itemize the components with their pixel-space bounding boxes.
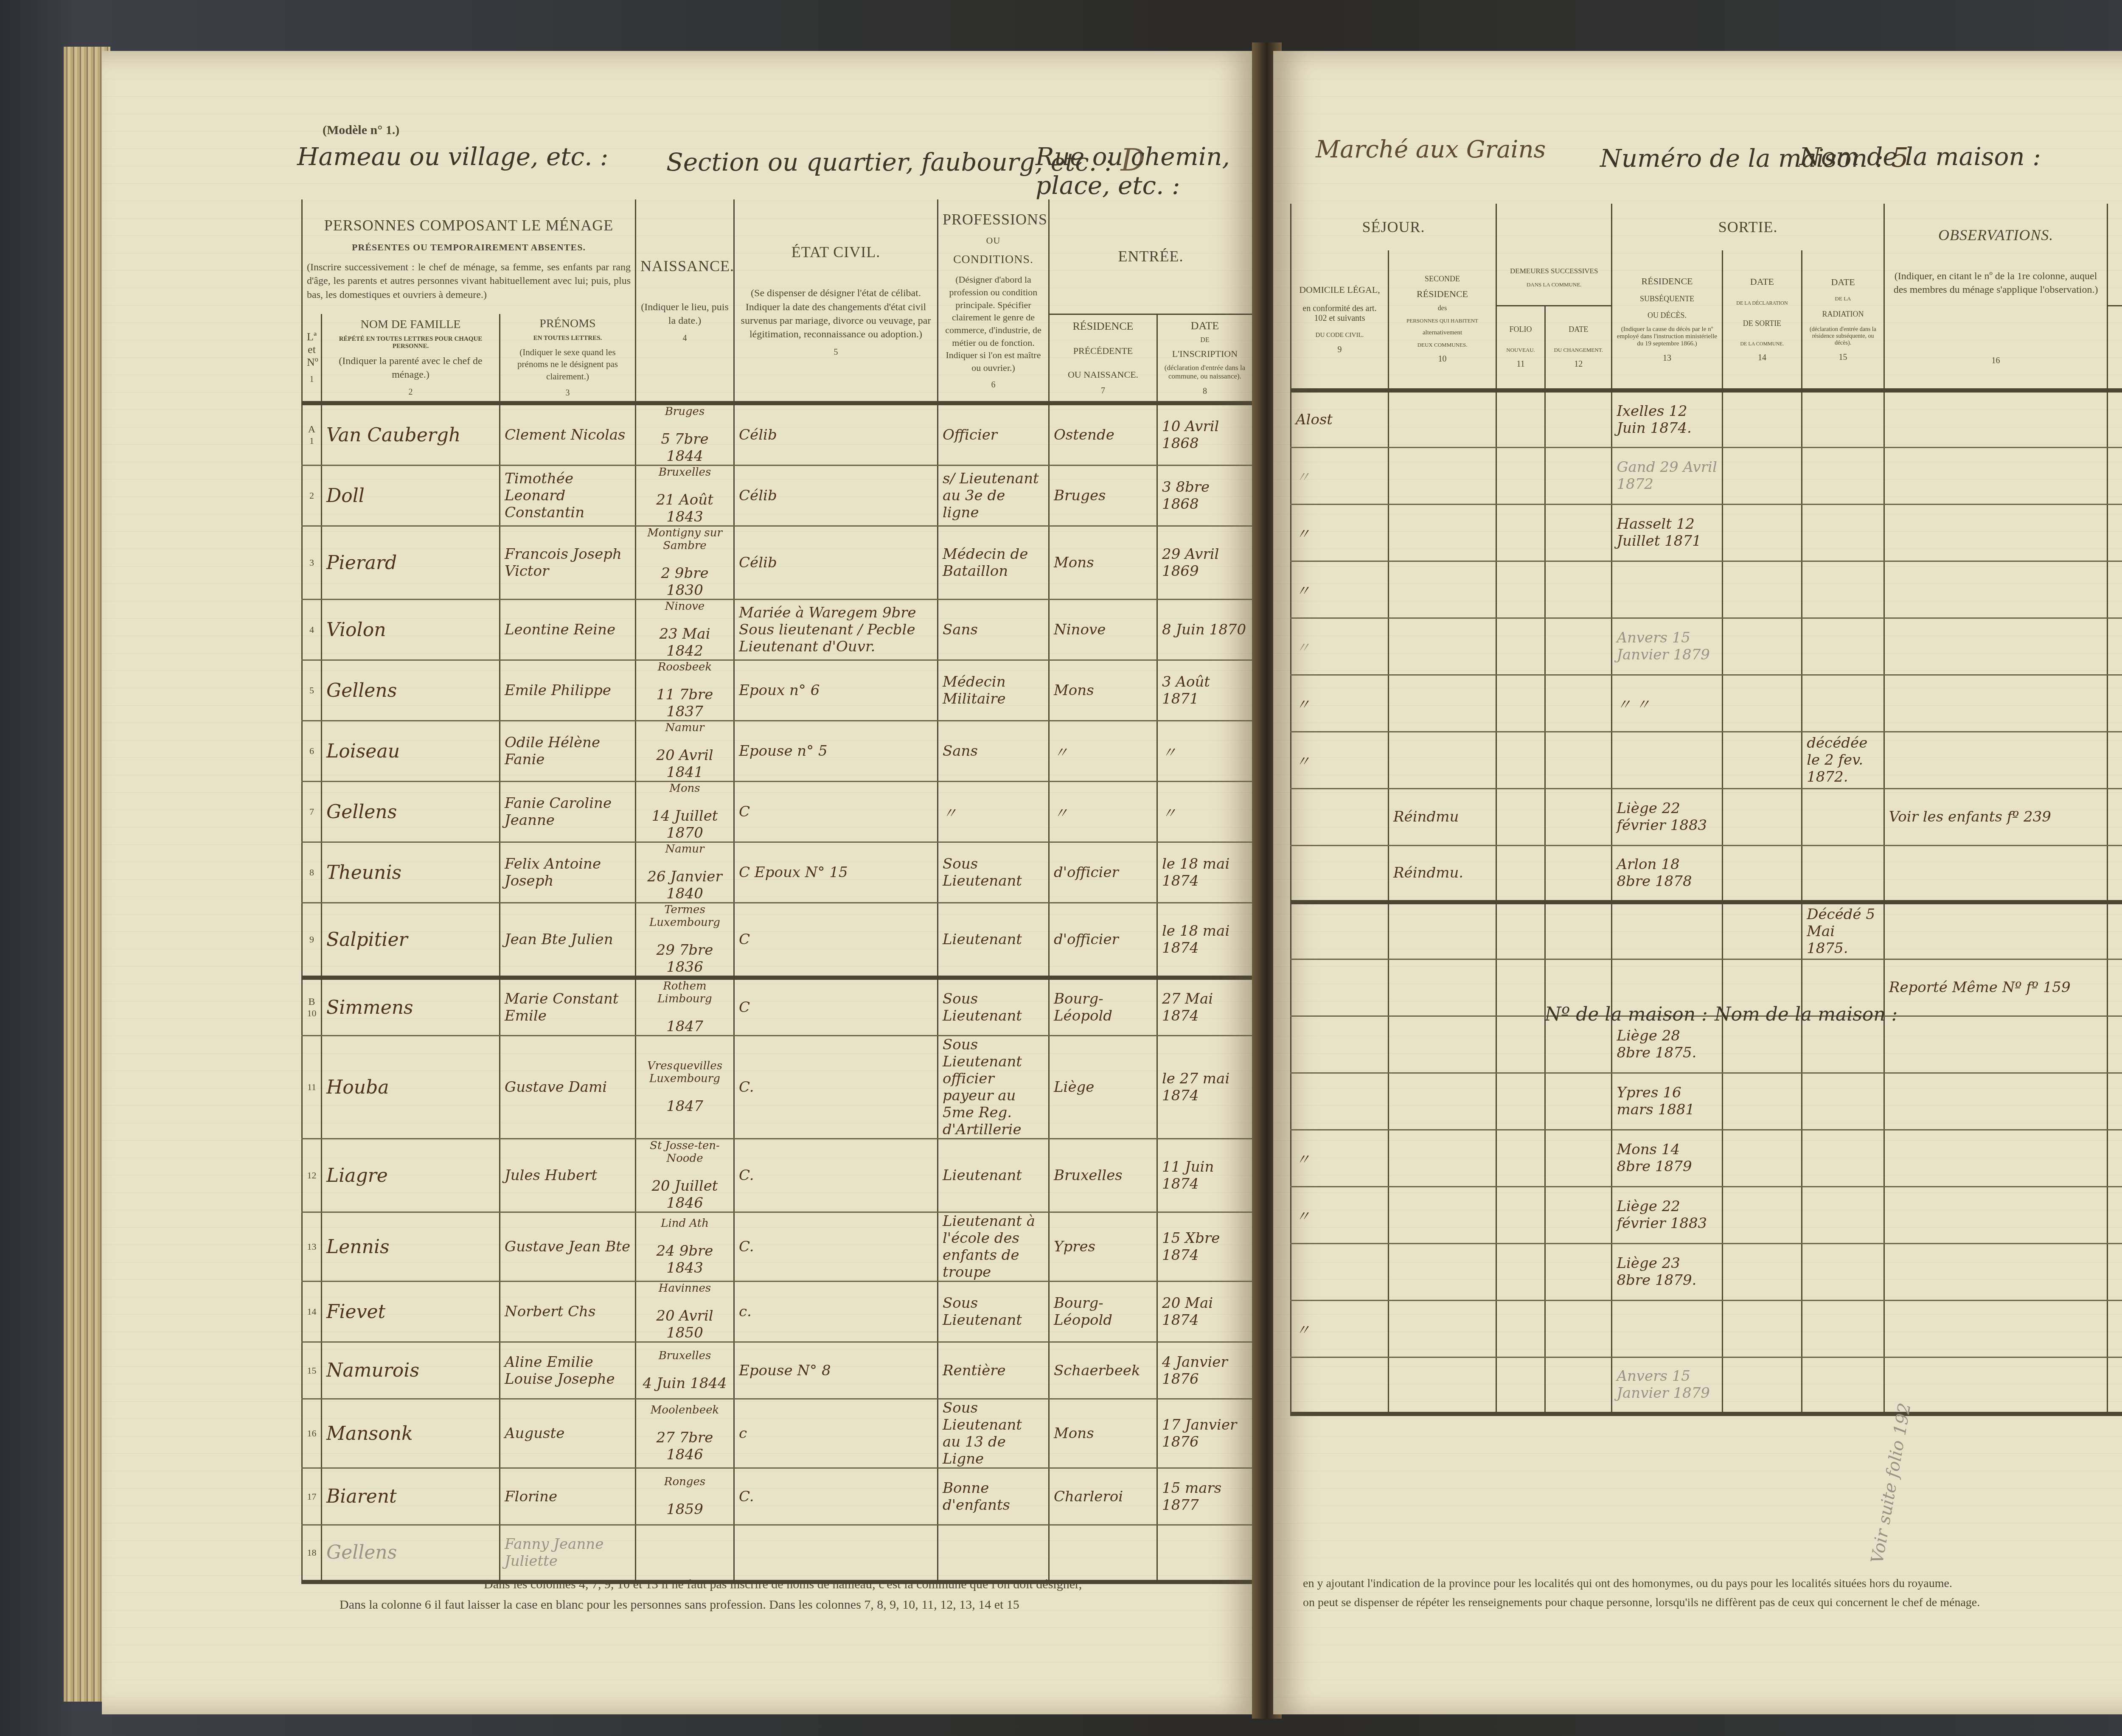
col-num-3: 3 (505, 388, 631, 398)
residence-precedente (1049, 1525, 1157, 1582)
row-number: 17 (302, 1468, 322, 1525)
nom-de-famille: Gellens (322, 660, 500, 721)
domicile-legal-value: 〃 (1296, 753, 1310, 770)
date-changement (1545, 1300, 1612, 1357)
date-rad-note: (déclaration d'entrée dans la résidence … (1807, 326, 1879, 347)
date-inscription: 15 mars 1877 (1157, 1468, 1253, 1525)
prenoms: Florine (500, 1468, 636, 1525)
naissance-lieu: St Josse-ten-Noode (640, 1139, 729, 1165)
residence-precedente-value: Bourg-Léopold (1054, 990, 1112, 1024)
footer-line-4: on peut se dispenser de répéter les rens… (1303, 1593, 2122, 1613)
folio-nouveau (1496, 1130, 1545, 1186)
naissance-date: 20 Avril 1850 (640, 1307, 729, 1341)
date-declaration (1722, 390, 1802, 447)
residence-precedente: Bruxelles (1049, 1139, 1157, 1212)
row-number: 2 (302, 466, 322, 526)
seconde-residence (1388, 390, 1496, 447)
naissance: Roosbeek11 7bre 1837 (636, 660, 734, 721)
table-row: 7GellensFanie Caroline JeanneMons14 Juil… (302, 782, 1253, 842)
naissance-date: 4 Juin 1844 (640, 1375, 729, 1392)
etat-civil: c. (734, 1282, 938, 1342)
etat-civil-value: C Epoux N° 15 (739, 864, 848, 881)
header-demeures: DEMEURES SUCCESSIVES DANS LA COMMUNE. (1496, 250, 1612, 306)
profession: Médecin Militaire (938, 660, 1049, 721)
row-number: 4 (302, 600, 322, 660)
domicile-legal: 〃 (1291, 618, 1389, 675)
naissance: Montigny sur Sambre2 9bre 1830 (636, 526, 734, 600)
etat-civil-value: C. (739, 1079, 754, 1096)
prenoms: Gustave Dami (500, 1036, 636, 1139)
mid-label-no-maison: Nº de la maison : (1545, 1004, 1708, 1025)
etat-civil: Mariée à Waregem 9bre Sous lieutenant / … (734, 600, 938, 660)
date-decl-title: DATE (1727, 276, 1797, 287)
naissance-lieu: Namur (640, 843, 729, 855)
left-footer: Dans les colonnes 4, 7, 9, 10 et 13 il n… (340, 1574, 1252, 1615)
date-inscription: 11 Juin 1874 (1157, 1139, 1253, 1212)
mid-label-nom-maison: Nom de la maison : (1715, 1004, 1897, 1025)
prenoms: Fanny Jeanne Juliette (500, 1525, 636, 1582)
header-residence-subsequente: RÉSIDENCE SUBSÉQUENTE OU DÉCÈS. (Indique… (1612, 250, 1722, 390)
register-table-left: PERSONNES COMPOSANT LE MÉNAGE PRÉSENTES … (301, 199, 1253, 1584)
table-row: 12LiagreJules HubertSt Josse-ten-Noode20… (302, 1139, 1253, 1212)
row-number: B10 (302, 978, 322, 1036)
etat-civil: Célib (734, 526, 938, 600)
table-row: AlostIxelles 12 Juin 1874. (1291, 390, 2122, 447)
etat-civil: C Epoux N° 15 (734, 842, 938, 903)
nom-de-famille-value: Salpitier (326, 929, 408, 951)
seconde-residence: Réindmu. (1388, 845, 1496, 902)
etat-civil (734, 1525, 938, 1582)
domicile-legal-value: 〃 (1296, 696, 1310, 713)
observations (1884, 390, 2107, 447)
residence-subsequente: Gand 29 Avril 1872 (1612, 447, 1722, 504)
date-inscription-value: 29 Avril 1869 (1162, 546, 1219, 580)
date-changement (1545, 1357, 1612, 1414)
table-row: 11HoubaGustave DamiVresquevilles Luxembo… (302, 1036, 1253, 1139)
folio-ancien (2108, 732, 2122, 788)
table-row: 〃 (1291, 1300, 2122, 1357)
residence-subsequente: 〃 〃 (1612, 675, 1722, 732)
folio-ancien (2108, 1243, 2122, 1300)
profession-value: Sous Lieutenant officier payeur au 5me R… (943, 1036, 1022, 1138)
table-row: 4ViolonLeontine ReineNinove23 Mai 1842Ma… (302, 600, 1253, 660)
nom-de-famille: Fievet (322, 1282, 500, 1342)
etat-civil: C. (734, 1468, 938, 1525)
etat-civil: Célib (734, 466, 938, 526)
date-radiation (1802, 1186, 1884, 1243)
residence-precedente: Ostende (1049, 403, 1157, 466)
etat-civil-title: ÉTAT CIVIL. (739, 243, 933, 261)
naissance-lieu: Namur (640, 721, 729, 734)
table-row: 〃Gand 29 Avril 1872 (1291, 447, 2122, 504)
prenoms: Felix Antoine Joseph (500, 842, 636, 903)
date-declaration (1722, 504, 1802, 561)
folio-ancien (2108, 618, 2122, 675)
residence-precedente: Bourg-Léopold (1049, 1282, 1157, 1342)
row-number-value: 7 (309, 806, 314, 817)
row-number-value: 13 (307, 1241, 317, 1252)
folio-nouveau (1496, 561, 1545, 618)
prenoms: Fanie Caroline Jeanne (500, 782, 636, 842)
residence-subsequente-value: Liège 22 février 1883 (1617, 800, 1707, 834)
date-inscription: 10 Avril 1868 (1157, 403, 1253, 466)
etat-civil-value: C. (739, 1238, 754, 1255)
naissance: Rothem Limbourg1847 (636, 978, 734, 1036)
prenoms: Clement Nicolas (500, 403, 636, 466)
nom-de-famille-value: Violon (326, 619, 386, 641)
table-row: 6LoiseauOdile Hélène FanieNamur20 Avril … (302, 721, 1253, 782)
footer-line-3: en y ajoutant l'indication de la provinc… (1303, 1574, 2122, 1593)
table-row: Décédé 5 Mai 1875. (1291, 902, 2122, 959)
date-declaration (1722, 1130, 1802, 1186)
residence-precedente: Mons (1049, 1399, 1157, 1468)
habitants-title: HABITANTS SUCCESSIFS (2112, 234, 2122, 244)
header-prenoms: PRÉNOMS EN TOUTES LETTRES. (Indiquer le … (500, 314, 636, 403)
naissance-date: 1847 (640, 1098, 729, 1115)
res-sub-sub2: OU DÉCÈS. (1617, 311, 1717, 320)
date-inscription-value: le 18 mai 1874 (1162, 855, 1229, 889)
residence-subsequente-value: Anvers 15 Janvier 1879 (1617, 629, 1710, 663)
etat-civil: Célib (734, 403, 938, 466)
row-number: 5 (302, 660, 322, 721)
res-prec-sub1: PRÉCÉDENTE (1054, 345, 1152, 356)
naissance (636, 1525, 734, 1582)
residence-subsequente: Liège 22 février 1883 (1612, 788, 1722, 845)
domicile-legal-value: 〃 (1296, 639, 1310, 656)
prenoms: Timothée Leonard Constantin (500, 466, 636, 526)
naissance-date: 5 7bre 1844 (640, 431, 729, 465)
profession: 〃 (938, 782, 1049, 842)
domicile-legal: 〃 (1291, 1130, 1389, 1186)
naissance-lieu: Bruxelles (640, 1349, 729, 1362)
profession: Sans (938, 600, 1049, 660)
profession-value: Sous Lieutenant (943, 1295, 1022, 1329)
domicile-title: DOMICILE LÉGAL, (1296, 284, 1384, 295)
naissance: Termes Luxembourg29 7bre 1836 (636, 903, 734, 978)
seconde-residence (1388, 618, 1496, 675)
profession: Sous Lieutenant (938, 978, 1049, 1036)
observations (1884, 845, 2107, 902)
observations-value: Voir les enfants fº 239 (1889, 808, 2051, 825)
nom-de-famille-value: Biarent (326, 1486, 397, 1507)
etat-civil-value: C. (739, 1488, 754, 1505)
domicile-legal-value: 〃 (1296, 1208, 1310, 1225)
domicile-legal: 〃 (1291, 504, 1389, 561)
naissance-lieu: Roosbeek (640, 661, 729, 673)
prenoms: Marie Constant Emile (500, 978, 636, 1036)
prenoms-value: Gustave Jean Bte (505, 1238, 630, 1255)
nom-de-famille: Theunis (322, 842, 500, 903)
observations (1884, 675, 2107, 732)
domicile-legal: Alost (1291, 390, 1389, 447)
profession: Rentière (938, 1342, 1049, 1399)
table-row: 8TheunisFelix Antoine JosephNamur26 Janv… (302, 842, 1253, 903)
folio-ancien (2108, 1073, 2122, 1130)
nom-de-famille: Pierard (322, 526, 500, 600)
residence-precedente: Ninove (1049, 600, 1157, 660)
observations (1884, 1300, 2107, 1357)
table-row: Liège 23 8bre 1879. (1291, 1243, 2122, 1300)
observations (1884, 561, 2107, 618)
group-subtitle: PRÉSENTES OU TEMPORAIREMENT ABSENTES. (307, 242, 631, 253)
date-inscription-value: 3 8bre 1868 (1162, 479, 1210, 513)
right-footer: en y ajoutant l'indication de la provinc… (1303, 1574, 2122, 1613)
section-label: A (307, 424, 317, 435)
table-row: 17BiarentFlorineRonges1859C.Bonne d'enfa… (302, 1468, 1253, 1525)
prenoms-title: PRÉNOMS (505, 317, 631, 331)
section-label: B (307, 996, 317, 1008)
table-row: 〃Hasselt 12 Juillet 1871 (1291, 504, 2122, 561)
domicile-legal (1291, 845, 1389, 902)
date-inscription: 4 Janvier 1876 (1157, 1342, 1253, 1399)
observations-title: OBSERVATIONS. (1889, 226, 2102, 244)
habitants-sub2: PORTÉES AU PRÉSENT FOLIO. (2112, 268, 2122, 275)
folio-nouveau (1496, 732, 1545, 788)
prenoms-note: (Indiquer le sexe quand les prénoms ne l… (505, 346, 631, 382)
residence-precedente-value: d'officier (1054, 864, 1119, 881)
nom-de-famille: Gellens (322, 782, 500, 842)
row-number-value: 18 (307, 1547, 317, 1558)
prenoms: Aline Emilie Louise Josephe (500, 1342, 636, 1399)
folio-nouveau (1496, 390, 1545, 447)
row-number: 13 (302, 1212, 322, 1282)
prenoms-value: Norbert Chs (505, 1303, 595, 1320)
folio-nouveau (1496, 1300, 1545, 1357)
col-num-1: 1 (307, 375, 317, 384)
header-field-nom-maison: Nom de la maison : (1799, 142, 2041, 171)
folio-ancien-sub: ANCIEN. (2112, 346, 2122, 353)
row-number: 18 (302, 1525, 322, 1582)
residence-subsequente: Anvers 15 Janvier 1879 (1612, 1357, 1722, 1414)
row-number: 14 (302, 1282, 322, 1342)
prenoms-value: Odile Hélène Fanie (505, 734, 600, 768)
observations (1884, 618, 2107, 675)
row-number-value: 6 (309, 746, 314, 756)
etat-civil: Epouse n° 5 (734, 721, 938, 782)
header-habitants: HABITANTS SUCCESSIFS DES MAISONS PORTÉES… (2108, 204, 2122, 306)
folio-ancien (2108, 1016, 2122, 1073)
residence-precedente: 〃 (1049, 782, 1157, 842)
date-changement (1545, 1130, 1612, 1186)
observations (1884, 1357, 2107, 1414)
profession: Médecin de Bataillon (938, 526, 1049, 600)
nom-maison-label: Nom de la maison : (1799, 142, 2041, 171)
col-num-10: 10 (1393, 354, 1491, 364)
residence-subsequente-value: Liège 23 8bre 1879. (1617, 1255, 1696, 1289)
group-title: PERSONNES COMPOSANT LE MÉNAGE (307, 216, 631, 234)
header-date-declaration: DATE DE LA DÉCLARATION DE SORTIE DE LA C… (1722, 250, 1802, 390)
profession: Bonne d'enfants (938, 1468, 1049, 1525)
date-radiation (1802, 788, 1884, 845)
naissance-date: 27 7bre 1846 (640, 1429, 729, 1463)
res-prec-sub2: OU NAISSANCE. (1054, 369, 1152, 380)
folio-ancien (2108, 1186, 2122, 1243)
prenoms-value: Jules Hubert (505, 1167, 597, 1184)
folio-ancien (2108, 845, 2122, 902)
date-changement (1545, 504, 1612, 561)
nom-de-famille: Loiseau (322, 721, 500, 782)
header-observations: OBSERVATIONS. (Indiquer, en citant le nº… (1884, 204, 2107, 390)
date-radiation (1802, 845, 1884, 902)
domicile-legal: 〃 (1291, 675, 1389, 732)
etat-civil: Epoux n° 6 (734, 660, 938, 721)
header-col1: Lª et Nº 1 (302, 314, 322, 403)
etat-civil: C (734, 782, 938, 842)
folio-nouveau (1496, 1357, 1545, 1414)
folio-ancien (2108, 675, 2122, 732)
naissance-lieu: Bruges (640, 405, 729, 418)
etat-civil: C (734, 978, 938, 1036)
table-row: 2DollTimothée Leonard ConstantinBruxelle… (302, 466, 1253, 526)
professions-conditions: CONDITIONS. (943, 253, 1044, 266)
profession: Lieutenant (938, 1139, 1049, 1212)
domicile-legal-value: 〃 (1296, 469, 1310, 486)
seconde-residence (1388, 561, 1496, 618)
naissance: Bruges5 7bre 1844 (636, 403, 734, 466)
profession-value: Bonne d'enfants (943, 1480, 1010, 1514)
observations-note: (Indiquer, en citant le nº de la 1re col… (1889, 269, 2102, 297)
naissance-date: 14 Juillet 1870 (640, 808, 729, 841)
naissance-date: 1847 (640, 1018, 729, 1035)
naissance-lieu: Rothem Limbourg (640, 980, 729, 1005)
nom-de-famille: Simmens (322, 978, 500, 1036)
naissance: Vresquevilles Luxembourg1847 (636, 1036, 734, 1139)
row-number: 9 (302, 903, 322, 978)
nom-de-famille: Gellens (322, 1525, 500, 1582)
date-radiation: Décédé 5 Mai 1875. (1802, 902, 1884, 959)
table-row: Réindmu.Arlon 18 8bre 1878 (1291, 845, 2122, 902)
naissance-lieu: Vresquevilles Luxembourg (640, 1060, 729, 1085)
profession: Sous Lieutenant officier payeur au 5me R… (938, 1036, 1049, 1139)
date-radiation: décédée le 2 fev. 1872. (1802, 732, 1884, 788)
seconde-residence (1388, 732, 1496, 788)
residence-precedente: Charleroi (1049, 1468, 1157, 1525)
col-num-4: 4 (640, 334, 729, 343)
observations: Voir les enfants fº 239 (1884, 788, 2107, 845)
etat-civil-value: Epouse n° 5 (739, 743, 828, 760)
date-inscription-value: 20 Mai 1874 (1162, 1295, 1213, 1329)
prenoms-value: Emile Philippe (505, 682, 611, 699)
res-prec-title: RÉSIDENCE (1054, 320, 1152, 333)
row-number: 3 (302, 526, 322, 600)
nom-de-famille: Lennis (322, 1212, 500, 1282)
date-declaration (1722, 732, 1802, 788)
residence-subsequente: Hasselt 12 Juillet 1871 (1612, 504, 1722, 561)
date-inscr-title: DATE (1162, 320, 1248, 332)
nom-de-famille-value: Doll (326, 485, 365, 507)
date-declaration (1722, 1300, 1802, 1357)
date-radiation (1802, 504, 1884, 561)
observations (1884, 902, 2107, 959)
col-num-2: 2 (326, 387, 495, 397)
naissance: Mons14 Juillet 1870 (636, 782, 734, 842)
profession-value: 〃 (943, 805, 957, 822)
table-row: 9SalpitierJean Bte JulienTermes Luxembou… (302, 903, 1253, 978)
header-date-radiation: DATE DE LA RADIATION (déclaration d'entr… (1802, 250, 1884, 390)
folio-nouveau (1496, 675, 1545, 732)
nom-de-famille: Biarent (322, 1468, 500, 1525)
row-number-value: 8 (309, 867, 314, 878)
naissance-lieu: Lind Ath (640, 1217, 729, 1230)
residence-precedente: d'officier (1049, 903, 1157, 978)
naissance-date: 20 Avril 1841 (640, 747, 729, 781)
table-row: 16MansonkAugusteMoolenbeek27 7bre 1846cS… (302, 1399, 1253, 1468)
residence-precedente: Ypres (1049, 1212, 1157, 1282)
row-number-value: 14 (307, 1306, 317, 1317)
residence-subsequente: Mons 14 8bre 1879 (1612, 1130, 1722, 1186)
res-sub-sub1: SUBSÉQUENTE (1617, 294, 1717, 303)
date-changement (1545, 675, 1612, 732)
header-sortie: SORTIE. (1612, 204, 1884, 250)
profession-value: Lieutenant (943, 931, 1022, 948)
col-num-14: 14 (1727, 353, 1797, 363)
right-page: Marché aux Grains Numéro de la maison : … (1273, 51, 2122, 1714)
residence-precedente-value: Schaerbeek (1054, 1362, 1140, 1379)
footer-line-2: Dans la colonne 6 il faut laisser la cas… (340, 1595, 1252, 1615)
date-decl-sub2: DE SORTIE (1727, 319, 1797, 328)
row-number-value: 5 (309, 685, 314, 696)
residence-subsequente (1612, 902, 1722, 959)
date-declaration (1722, 788, 1802, 845)
prenoms: Jules Hubert (500, 1139, 636, 1212)
residence-precedente: Bourg-Léopold (1049, 978, 1157, 1036)
header-nom: NOM DE FAMILLE RÉPÉTÉ EN TOUTES LETTRES … (322, 314, 500, 403)
date-inscription: 27 Mai 1874 (1157, 978, 1253, 1036)
folio-ancien (2108, 1357, 2122, 1414)
date-inscription-value: 4 Janvier 1876 (1162, 1354, 1228, 1388)
table-row: A1Van CauberghClement NicolasBruges5 7br… (302, 403, 1253, 466)
residence-precedente-value: d'officier (1054, 931, 1119, 948)
seconde-residence (1388, 675, 1496, 732)
date-rad-sub2: RADIATION (1807, 310, 1879, 319)
header-folio-ancien: FOLIO ANCIEN. 17 (2108, 306, 2122, 390)
folio-nouveau (1496, 618, 1545, 675)
date-rad-title: DATE (1807, 277, 1879, 288)
table-row: 13LennisGustave Jean BteLind Ath24 9bre … (302, 1212, 1253, 1282)
naissance-lieu: Havinnes (640, 1282, 729, 1295)
naissance-date: 20 Juillet 1846 (640, 1178, 729, 1212)
left-page: (Modèle n° 1.) Hameau ou village, etc. :… (102, 51, 1256, 1714)
etat-civil: Epouse N° 8 (734, 1342, 938, 1399)
observations-value: Reporté Même Nº fº 159 (1889, 979, 2071, 996)
nom-de-famille-value: Simmens (326, 997, 413, 1018)
domicile-legal-value: 〃 (1296, 1151, 1310, 1168)
professions-title: PROFESSIONS (943, 210, 1044, 228)
date-changement (1545, 845, 1612, 902)
seconde-residence (1388, 504, 1496, 561)
naissance: Moolenbeek27 7bre 1846 (636, 1399, 734, 1468)
residence-precedente: Mons (1049, 526, 1157, 600)
seconde-residence (1388, 1016, 1496, 1073)
residence-subsequente: Liège 23 8bre 1879. (1612, 1243, 1722, 1300)
table-row: Anvers 15 Janvier 1879 (1291, 1357, 2122, 1414)
nom-de-famille-value: Mansonk (326, 1423, 413, 1444)
residence-subsequente: Arlon 18 8bre 1878 (1612, 845, 1722, 902)
observations (1884, 732, 2107, 788)
footer-line-1: Dans les colonnes 4, 7, 9, 10 et 13 il n… (340, 1574, 1252, 1595)
date-inscription: 〃 (1157, 721, 1253, 782)
nom-de-famille-value: Gellens (326, 801, 397, 823)
date-declaration (1722, 1073, 1802, 1130)
prenoms-value: Felix Antoine Joseph (505, 855, 601, 889)
date-inscription-value: 11 Juin 1874 (1162, 1158, 1214, 1192)
date-changement (1545, 390, 1612, 447)
date-inscription: 20 Mai 1874 (1157, 1282, 1253, 1342)
etat-civil-value: C (739, 931, 750, 948)
table-row: 〃 (1291, 561, 2122, 618)
prenoms-value: Leontine Reine (505, 621, 615, 638)
residence-subsequente: Ypres 16 mars 1881 (1612, 1073, 1722, 1130)
